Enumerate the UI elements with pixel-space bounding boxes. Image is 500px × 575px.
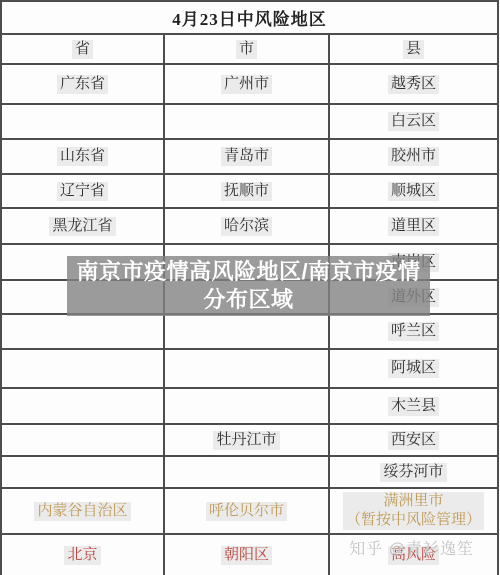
cell-county-text: 阿城区 — [388, 359, 439, 378]
cell-city: 牡丹江市 — [165, 425, 330, 455]
cell-county: 道里区 — [330, 209, 497, 243]
cell-county-text: 胶州市 — [388, 147, 439, 166]
table-row: 山东省青岛市胶州市 — [2, 138, 497, 173]
cell-county-text: 绥芬河市 — [380, 463, 446, 482]
table-row: 呼兰区 — [2, 313, 497, 348]
cell-city — [165, 350, 330, 387]
cell-county: 木兰县 — [330, 389, 497, 423]
cell-city-text: 广州市 — [221, 75, 272, 94]
table-row: 白云区 — [2, 103, 497, 138]
cell-city-text: 牡丹江市 — [213, 431, 279, 450]
table-row: 广东省广州市越秀区 — [2, 63, 497, 103]
table-row: 绥芬河市 — [2, 455, 497, 487]
cell-province-text: 广东省 — [57, 75, 108, 94]
cell-county: 白云区 — [330, 105, 497, 138]
cell-city: 抚顺市 — [165, 175, 330, 207]
table-row: 黑龙江省哈尔滨道里区 — [2, 207, 497, 243]
cell-city-text: 哈尔滨 — [221, 217, 272, 236]
cell-county-text: 道里区 — [388, 217, 439, 236]
watermark: 知乎 @青衫逸笙 — [349, 536, 474, 559]
table-row: 牡丹江市西安区 — [2, 423, 497, 455]
column-header-city-label: 市 — [236, 40, 257, 59]
cell-city — [165, 389, 330, 423]
cell-city-text: 抚顺市 — [221, 182, 272, 201]
cell-province-text: 内蒙谷自治区 — [34, 502, 130, 521]
cell-county: 满洲里市 （暂按中风险管理） — [330, 489, 497, 533]
cell-city — [165, 105, 330, 138]
cell-province: 广东省 — [2, 65, 165, 103]
cell-city: 青岛市 — [165, 140, 330, 173]
cell-province — [2, 425, 165, 455]
screenshot-root: 4月23日中风险地区 省 市 县 广东省广州市越秀区白云区山东省青岛市胶州市辽宁… — [0, 0, 500, 575]
overlay-banner-line2: 分布区域 — [203, 286, 293, 314]
cell-city: 广州市 — [165, 65, 330, 103]
cell-county-text: 满洲里市 （暂按中风险管理） — [343, 492, 484, 530]
cell-province-text: 黑龙江省 — [49, 217, 115, 236]
cell-city-text: 青岛市 — [221, 147, 272, 166]
cell-city: 哈尔滨 — [165, 209, 330, 243]
cell-province — [2, 389, 165, 423]
table-title: 4月23日中风险地区 — [2, 2, 497, 33]
cell-city: 呼伦贝尔市 — [165, 489, 330, 533]
cell-county: 胶州市 — [330, 140, 497, 173]
cell-county: 西安区 — [330, 425, 497, 455]
cell-city — [165, 457, 330, 487]
table-row: 木兰县 — [2, 387, 497, 423]
table-header-row: 省 市 县 — [2, 33, 497, 63]
cell-city-text: 呼伦贝尔市 — [206, 502, 287, 521]
cell-county: 顺城区 — [330, 175, 497, 207]
table-body: 广东省广州市越秀区白云区山东省青岛市胶州市辽宁省抚顺市顺城区黑龙江省哈尔滨道里区… — [2, 63, 497, 575]
table-row: 内蒙谷自治区呼伦贝尔市满洲里市 （暂按中风险管理） — [2, 487, 497, 533]
table-row: 阿城区 — [2, 348, 497, 387]
cell-county: 呼兰区 — [330, 315, 497, 348]
cell-county: 越秀区 — [330, 65, 497, 103]
cell-province: 辽宁省 — [2, 175, 165, 207]
cell-county: 阿城区 — [330, 350, 497, 387]
cell-city — [165, 315, 330, 348]
column-header-county-label: 县 — [403, 40, 424, 59]
overlay-banner-line1: 南京市疫情高风险地区/南京市疫情 — [76, 258, 420, 286]
cell-county-text: 西安区 — [388, 431, 439, 450]
column-header-province-label: 省 — [72, 40, 93, 59]
cell-province: 内蒙谷自治区 — [2, 489, 165, 533]
cell-province: 黑龙江省 — [2, 209, 165, 243]
cell-province-text: 北京 — [64, 546, 100, 565]
cell-county-text: 顺城区 — [388, 182, 439, 201]
cell-county-text: 木兰县 — [388, 397, 439, 416]
cell-province-text: 山东省 — [57, 147, 108, 166]
cell-county: 绥芬河市 — [330, 457, 497, 487]
cell-province — [2, 457, 165, 487]
table-row: 辽宁省抚顺市顺城区 — [2, 173, 497, 207]
cell-province — [2, 315, 165, 348]
column-header-city: 市 — [165, 35, 330, 63]
cell-province: 山东省 — [2, 140, 165, 173]
cell-county-text: 越秀区 — [388, 75, 439, 94]
cell-city: 朝阳区 — [165, 535, 330, 575]
cell-province — [2, 350, 165, 387]
cell-province-text: 辽宁省 — [57, 182, 108, 201]
column-header-county: 县 — [330, 35, 497, 63]
cell-county-text: 白云区 — [388, 112, 439, 131]
cell-province — [2, 105, 165, 138]
column-header-province: 省 — [2, 35, 165, 63]
overlay-banner: 南京市疫情高风险地区/南京市疫情 分布区域 — [67, 256, 430, 316]
cell-county-text: 呼兰区 — [388, 322, 439, 341]
cell-city-text: 朝阳区 — [221, 546, 272, 565]
cell-province: 北京 — [2, 535, 165, 575]
